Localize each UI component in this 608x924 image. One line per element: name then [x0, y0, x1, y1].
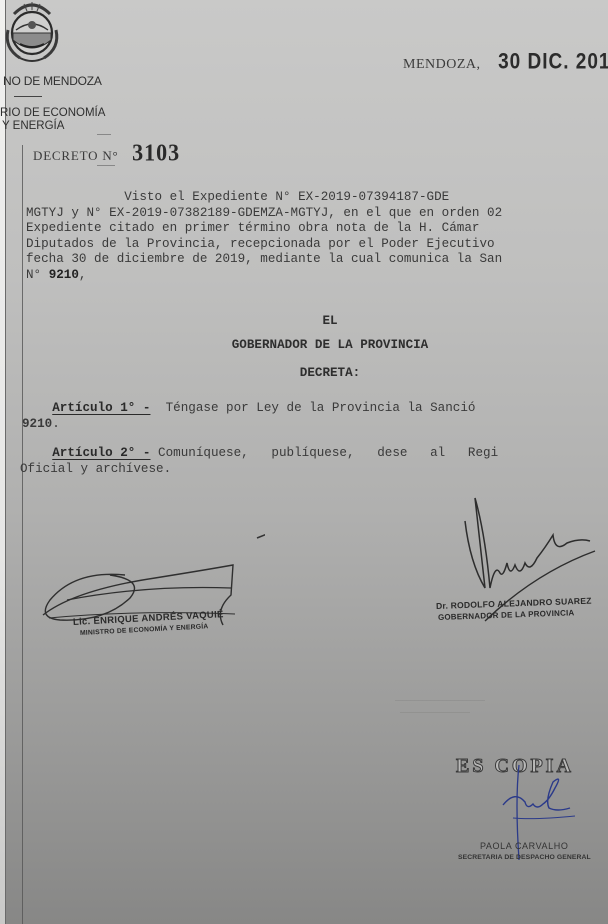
decree-number: 3103 [132, 139, 180, 168]
paragraph-line: fecha 30 de diciembre de 2019, mediante … [26, 252, 608, 268]
heading-decreta: DECRETA: [0, 366, 608, 380]
considerando-paragraph: Visto el Expediente N° EX-2019-07394187-… [26, 190, 608, 284]
paragraph-line: Visto el Expediente N° EX-2019-07394187-… [26, 190, 608, 206]
certifier-name: PAOLA CARVALHO [480, 841, 568, 851]
law-number-prefix: N° [26, 268, 49, 282]
punctuation: , [79, 268, 87, 282]
article-text-end: . [52, 417, 60, 431]
decree-label: DECRETO N° [33, 148, 119, 163]
government-header: NO DE MENDOZA [3, 74, 102, 88]
decree-number-line: DECRETO N° 3103 [33, 140, 180, 166]
paragraph-line: Diputados de la Provincia, recepcionada … [26, 237, 608, 253]
paragraph-line-last: N° 9210, [26, 268, 608, 284]
certifier-title: SECRETARIA DE DESPACHO GENERAL [458, 854, 591, 861]
law-number: 9210 [49, 268, 79, 282]
page-left-edge [0, 0, 6, 924]
ministry-header-line2: Y ENERGÍA [2, 120, 64, 132]
paragraph-line: Expediente citado en primer término obra… [26, 221, 608, 237]
stamp-mark [97, 134, 111, 135]
margin-rule-line [22, 145, 23, 924]
place-label: MENDOZA, [403, 57, 481, 72]
place-and-date: MENDOZA, 30 DIC. 2019 [403, 52, 608, 74]
heading-authority: GOBERNADOR DE LA PROVINCIA [0, 338, 608, 352]
heading-el: EL [0, 314, 608, 328]
paragraph-line: MGTYJ y N° EX-2019-07382189-GDEMZA-MGTYJ… [26, 206, 608, 222]
article-2: Artículo 2° - Comuníquese, publíquese, d… [22, 446, 498, 477]
date-stamp: 30 DIC. 2019 [498, 50, 608, 75]
ministry-header-line1: RIO DE ECONOMÍA [0, 107, 105, 119]
article-label: Artículo 2° - [52, 446, 150, 460]
article-label: Artículo 1° - [52, 401, 150, 415]
article-text: Téngase por Ley de la Provincia la Sanci… [150, 401, 475, 415]
faint-mark [400, 712, 470, 713]
decree-document-page: NO DE MENDOZA RIO DE ECONOMÍA Y ENERGÍA … [0, 0, 608, 924]
faint-mark [395, 700, 485, 701]
article-text-end: Oficial y archívese. [20, 462, 171, 476]
coat-of-arms-icon [2, 0, 62, 64]
article-text: Comuníquese, publíquese, dese al Regi [150, 446, 498, 460]
article-law-number: 9210 [22, 417, 52, 431]
header-divider [14, 96, 42, 97]
article-1: Artículo 1° - Téngase por Ley de la Prov… [22, 401, 475, 432]
